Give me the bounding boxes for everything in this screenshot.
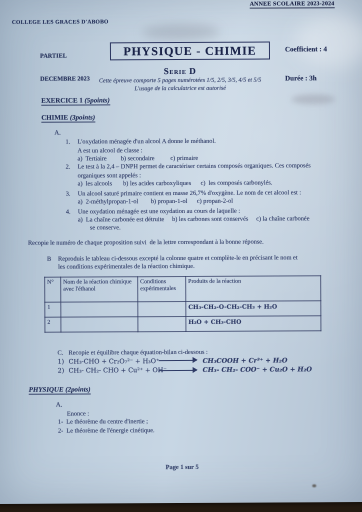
ink-speck [312, 484, 316, 487]
question-1-line2: A est un alcool de classe : [77, 147, 142, 154]
question-4-options-cont: se conserve. [90, 224, 121, 231]
question-2-line1: Le test à la 2,4 – DNPH permet de caract… [78, 162, 311, 170]
coefficient-text: Coefficient : 4 [285, 45, 327, 55]
reaction-arrow-icon [159, 369, 197, 370]
exercice1-points: (5points) [84, 97, 109, 104]
exercice1-label: EXERCICE 1 [41, 98, 83, 105]
title-box: PHYSIQUE - CHIMIE [110, 42, 270, 61]
smudge-mark [142, 24, 220, 40]
chimie-points: (3points) [70, 114, 95, 121]
exam-title: PHYSIQUE - CHIMIE [123, 43, 256, 59]
header-conditions: Conditions expérimentales [138, 276, 186, 301]
question-1-line1: L'oxydation ménagée d'un alcool A donne … [77, 138, 215, 146]
cell-row1-conditions [138, 301, 186, 316]
part-b-label: B [47, 255, 51, 262]
part-c-text: Recopie et équilibre chaque équation-bil… [69, 348, 208, 356]
equation-2-number: 2) [58, 367, 69, 375]
question-4-options: a) La chaîne carbonée est détruite b) le… [78, 215, 310, 223]
cell-row2-name [61, 317, 138, 332]
exercice1-heading: EXERCICE 1 (5points) [41, 97, 110, 105]
equation-1-lhs: CH₃-CHO + Cr₂O₇²⁻ + H₃O⁺ [69, 357, 157, 365]
question-3-line1: Un alcool saturé primaire contient en ma… [78, 189, 301, 197]
serie-heading: Serie D [0, 65, 361, 77]
chimie-label: CHIMIE [41, 115, 68, 122]
cell-row1-products: CH₃-CH₂-O-CH₂-CH₃ + H₂O [186, 301, 321, 317]
theorem-item-2: 2- Le théorème de l'énergie cinétique. [58, 427, 155, 435]
question-3-options: a) 2-méthylpropan-1-ol b) propan-1-ol c)… [78, 197, 233, 205]
equation-1-rhs: CH₃COOH + Cr³⁺ + H₂O [203, 356, 288, 364]
question-4-line1: Une oxydation ménagée est une oxydation … [78, 207, 240, 215]
session-type: PARTIEL [40, 52, 90, 60]
header-num: N° [45, 277, 61, 302]
cell-row2-num: 2 [45, 317, 61, 332]
school-name: COLLEGE LES GRACES D'ABOBO [12, 19, 109, 26]
cell-row2-conditions [138, 316, 186, 331]
question-2-number: 2. [66, 164, 71, 171]
table-header-row: N° Nom de la réaction chimique avec l'ét… [45, 276, 321, 302]
part-b-line1: Reproduis le tableau ci-dessous excepté … [58, 254, 298, 262]
physique-heading: PHYSIQUE (2points) [29, 386, 91, 394]
exam-paper-page: ANNEE SCOLAIRE 2023-2024 COLLEGE LES GRA… [0, 0, 362, 504]
physique-label: PHYSIQUE [29, 387, 64, 394]
header-products: Produits de la réaction [186, 276, 321, 302]
reactions-table: N° Nom de la réaction chimique avec l'ét… [44, 275, 321, 332]
equation-2: 2) CH₃- CH₂- CHO + Cu²⁺ + OH⁻ CH₃- CH₂- … [58, 365, 312, 374]
part-c-label: C. [58, 349, 64, 356]
chimie-heading: CHIMIE (3points) [41, 114, 95, 122]
page-content: ANNEE SCOLAIRE 2023-2024 COLLEGE LES GRA… [0, 0, 362, 512]
cell-row1-num: 1 [45, 302, 61, 317]
equation-1: 1) CH₃-CHO + Cr₂O₇²⁻ + H₃O⁺ CH₃COOH + Cr… [58, 356, 288, 365]
cell-row1-name [61, 302, 138, 317]
theorem-item-1: 1- Le théorème du centre d'inertie ; [58, 418, 148, 425]
equation-1-number: 1) [58, 357, 69, 365]
page-number: Page 1 sur 5 [1, 463, 362, 472]
chimie-part-a-label: A. [54, 130, 60, 137]
table-row: 2 H₂O + CH₃-CHO [45, 316, 321, 332]
cell-row2-products: H₂O + CH₃-CHO [186, 316, 321, 332]
header-reaction-name: Nom de la réaction chimique avec l'éthan… [61, 277, 138, 302]
question-3-number: 3. [66, 190, 71, 197]
equation-2-rhs: CH₃- CH₂- COO⁻ + Cu₂O + H₂O [203, 365, 312, 374]
question-1-number: 1. [65, 139, 70, 146]
reaction-arrow-icon [159, 360, 197, 361]
enonce-label: Enonce : [67, 410, 89, 417]
school-year-banner: ANNEE SCOLAIRE 2023-2024 [250, 1, 335, 8]
physique-part-a-label: A. [56, 402, 62, 409]
question-2-line2: organiques sont appelés : [78, 172, 141, 179]
question-2-options: a) les alcools b) les acides carboxyliqu… [78, 179, 273, 187]
recap-instruction: Recopie le numéro de chaque proposition … [28, 238, 264, 246]
question-1-options: a) Tertiaire b) secondaire c) primaire [78, 154, 199, 162]
question-4-number: 4. [66, 208, 71, 215]
physique-points: (2points) [65, 386, 90, 393]
photo-frame: ANNEE SCOLAIRE 2023-2024 COLLEGE LES GRA… [0, 0, 362, 512]
part-b-line2: les conditions expérimentales de la réac… [58, 263, 195, 271]
table-row: 1 CH₃-CH₂-O-CH₂-CH₃ + H₂O [45, 301, 321, 317]
equation-2-lhs: CH₃- CH₂- CHO + Cu²⁺ + OH⁻ [69, 366, 157, 374]
